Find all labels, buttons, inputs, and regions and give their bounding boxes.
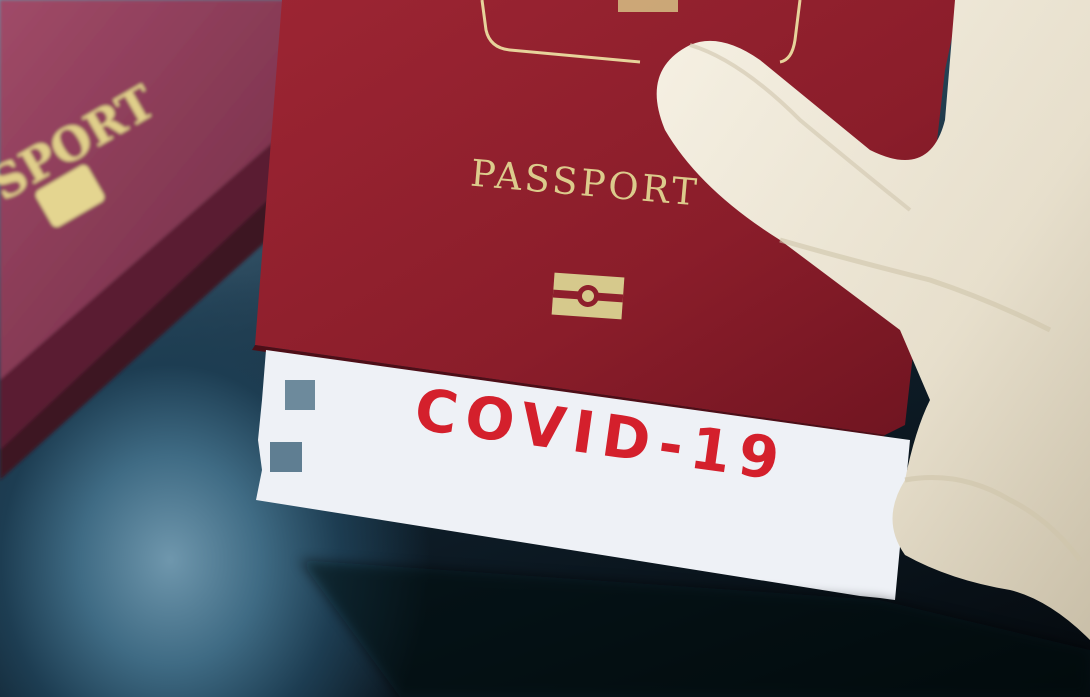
photo-illustration: SPORT PASSPORT COVID-19 [0,0,1090,697]
biometric-chip-icon [552,273,625,320]
photo: SPORT PASSPORT COVID-19 [0,0,1090,697]
